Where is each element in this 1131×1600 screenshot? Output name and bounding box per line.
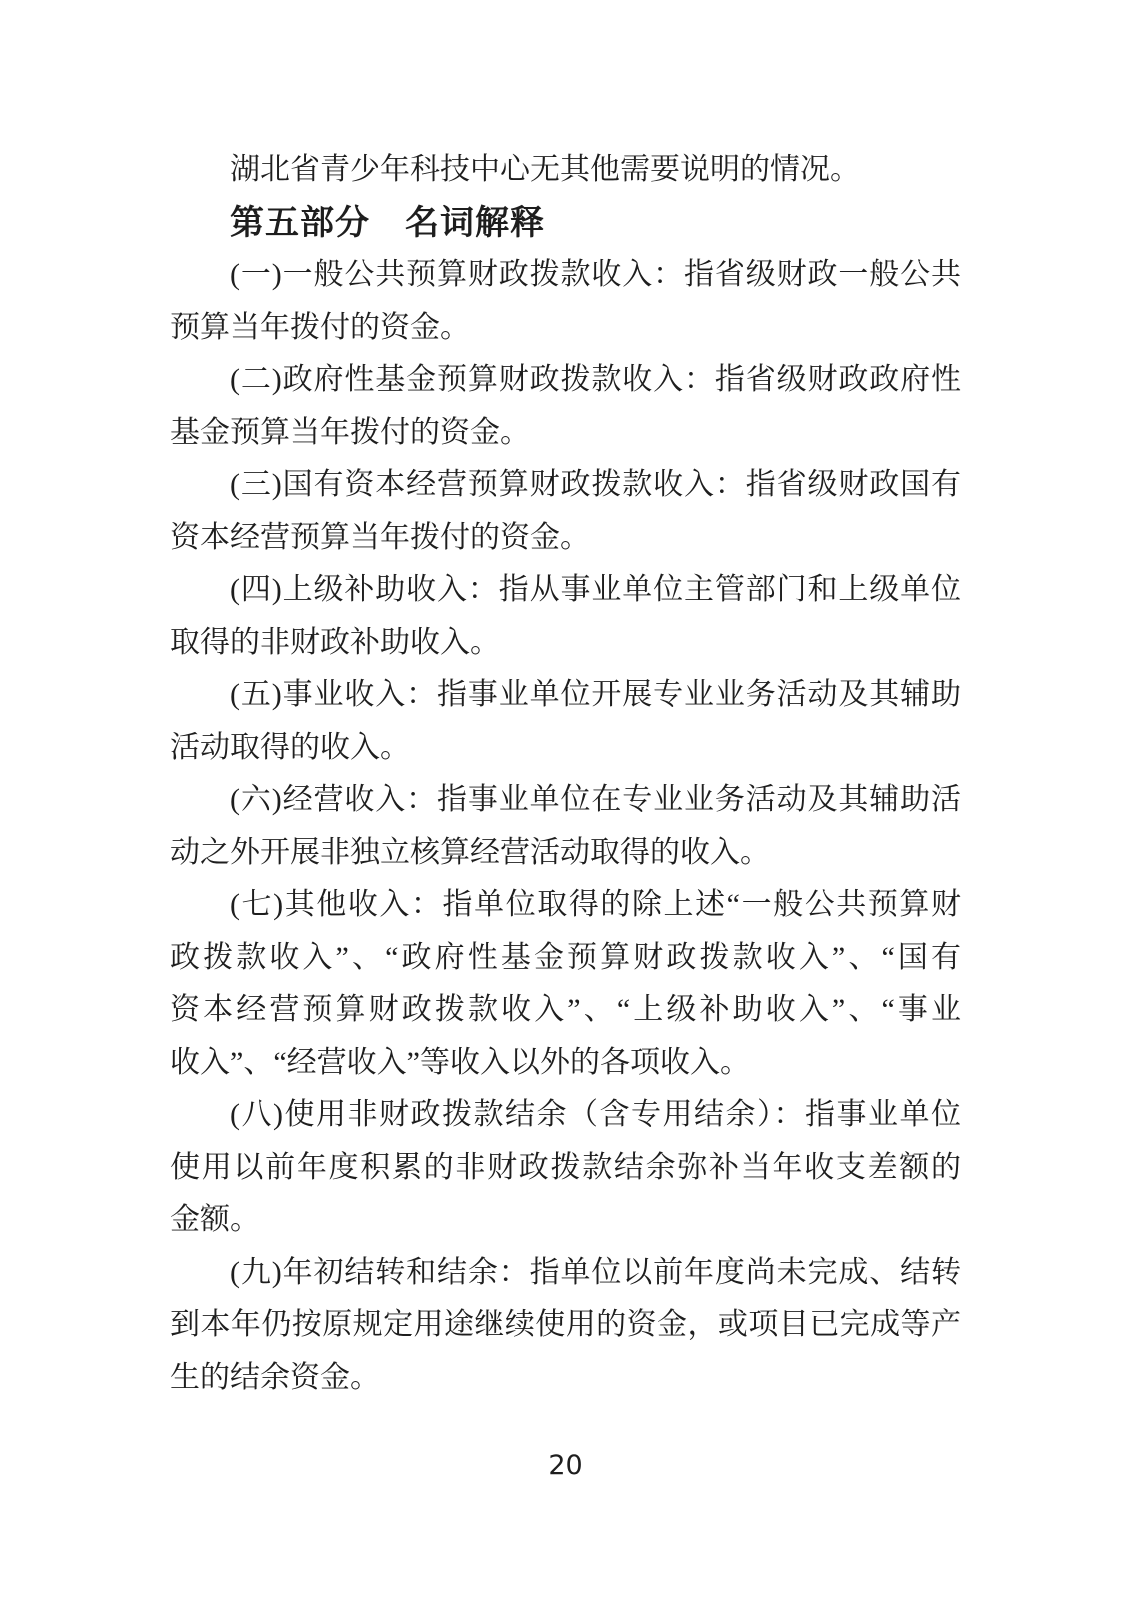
text-line: (七)其他收入：指单位取得的除上述“一般公共预算财: [170, 879, 961, 932]
text-line: 湖北省青少年科技中心无其他需要说明的情况。: [170, 144, 961, 197]
text-line: (四)上级补助收入：指从事业单位主管部门和上级单位: [170, 564, 961, 617]
text-line: 资本经营预算当年拨付的资金。: [170, 512, 961, 565]
page-number: 20: [0, 1450, 1131, 1481]
text-line: (三)国有资本经营预算财政拨款收入：指省级财政国有: [170, 459, 961, 512]
text-line: (八)使用非财政拨款结余（含专用结余）：指事业单位: [170, 1089, 961, 1142]
text-line: 生的结余资金。: [170, 1352, 961, 1405]
text-line: (六)经营收入：指事业单位在专业业务活动及其辅助活: [170, 774, 961, 827]
text-line: (二)政府性基金预算财政拨款收入：指省级财政政府性: [170, 354, 961, 407]
text-line: 活动取得的收入。: [170, 722, 961, 775]
text-line: 使用以前年度积累的非财政拨款结余弥补当年收支差额的: [170, 1142, 961, 1195]
text-line: 金额。: [170, 1194, 961, 1247]
text-line: (五)事业收入：指事业单位开展专业业务活动及其辅助: [170, 669, 961, 722]
text-line: 政拨款收入”、“政府性基金预算财政拨款收入”、“国有: [170, 932, 961, 985]
document-body: 湖北省青少年科技中心无其他需要说明的情况。第五部分 名词解释(一)一般公共预算财…: [170, 144, 961, 1404]
text-line: 动之外开展非独立核算经营活动取得的收入。: [170, 827, 961, 880]
section-heading: 第五部分 名词解释: [170, 197, 961, 250]
text-line: 收入”、“经营收入”等收入以外的各项收入。: [170, 1037, 961, 1090]
text-line: 资本经营预算财政拨款收入”、“上级补助收入”、“事业: [170, 984, 961, 1037]
text-line: 取得的非财政补助收入。: [170, 617, 961, 670]
text-line: (九)年初结转和结余：指单位以前年度尚未完成、结转: [170, 1247, 961, 1300]
text-line: 到本年仍按原规定用途继续使用的资金，或项目已完成等产: [170, 1299, 961, 1352]
text-line: 预算当年拨付的资金。: [170, 302, 961, 355]
document-page: 湖北省青少年科技中心无其他需要说明的情况。第五部分 名词解释(一)一般公共预算财…: [0, 0, 1131, 1600]
text-line: 基金预算当年拨付的资金。: [170, 407, 961, 460]
text-line: (一)一般公共预算财政拨款收入：指省级财政一般公共: [170, 249, 961, 302]
